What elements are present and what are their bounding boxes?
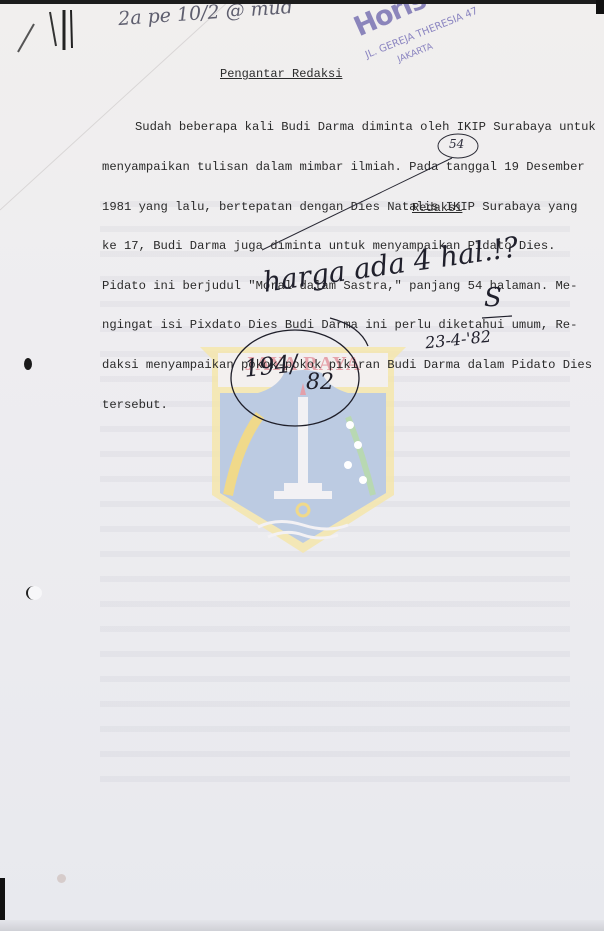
- stain-spot: [57, 874, 66, 883]
- body-line: daksi menyampaikan pokok-pokok pikiran B…: [102, 359, 593, 372]
- horison-stamp: Horison JL. GEREJA THERESIA 47 JAKARTA: [350, 0, 500, 70]
- scan-right-edge: [596, 0, 604, 14]
- reference-number-bottom: 82: [306, 370, 334, 395]
- handwritten-initial: S: [484, 283, 502, 313]
- body-line: ke 17, Budi Darma juga diminta untuk men…: [102, 240, 593, 253]
- scan-top-edge: [0, 0, 604, 4]
- reference-number-top: 194/: [243, 349, 300, 382]
- body-line: ngingat isi Pixdato Dies Budi Darma ini …: [102, 319, 593, 332]
- body-line: 1981 yang lalu, bertepatan dengan Dies N…: [102, 201, 593, 214]
- punch-hole: [24, 358, 32, 370]
- signoff: Redaksi: [412, 201, 462, 215]
- punch-hole: [26, 586, 42, 600]
- page-title: Pengantar Redaksi: [220, 67, 342, 81]
- document-page: JAYA RAYA Horison JL. GEREJA THERESIA 47…: [0, 0, 604, 931]
- body-line: Sudah beberapa kali Budi Darma diminta o…: [113, 121, 593, 134]
- scan-bottom-edge: [0, 920, 604, 931]
- body-line: menyampaikan tulisan dalam mimbar ilmiah…: [102, 161, 593, 174]
- pen-slash-marks: [14, 8, 74, 58]
- handwritten-top-note: 2a pe 10/2 @ mud: [117, 0, 293, 30]
- body-line: tersebut.: [102, 399, 593, 412]
- circled-page-count: 54: [449, 137, 464, 151]
